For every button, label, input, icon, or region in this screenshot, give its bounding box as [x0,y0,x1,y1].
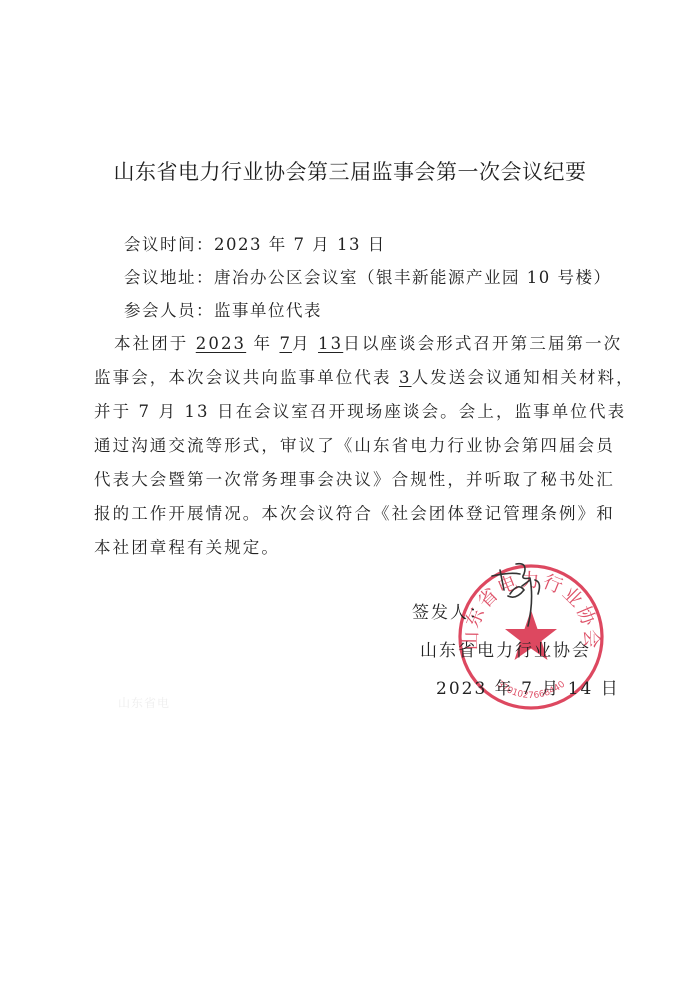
text-span: 月 [292,334,318,353]
meeting-place-label: 会议地址： [124,268,214,287]
body-line-1: 本社团于 2023 年 7月 13日以座谈会形式召开第三届第一次 [114,330,622,354]
body-line-6: 报的工作开展情况。本次会议符合《社会团体登记管理条例》和 [94,500,615,524]
underlined-month: 7 [279,334,292,353]
body-line-7: 本社团章程有关规定。 [94,534,280,558]
meeting-time: 会议时间：2023 年 7 月 13 日 [124,231,386,255]
faint-bleedthrough-text: 山东省电 [118,694,170,711]
meeting-place-value: 唐冶办公区会议室（银丰新能源产业园 10 号楼） [214,268,612,287]
underlined-year: 2023 [196,334,246,353]
text-span: 年 [246,334,279,353]
meeting-attendees-label: 参会人员： [124,301,214,320]
underlined-day: 13 [318,334,343,353]
issue-date: 2023 年 7 月 14 日 [436,674,620,699]
text-span: 日以座谈会形式召开第三届第一次 [343,334,622,353]
body-line-2: 监事会，本次会议共向监事单位代表 3人发送会议通知相关材料， [94,364,635,388]
handwritten-signature-icon [480,560,560,640]
meeting-time-label: 会议时间： [124,235,214,254]
issuer-label: 签发人： [412,598,488,623]
body-line-3: 并于 7 月 13 日在会议室召开现场座谈会。会上，监事单位代表 [94,398,626,422]
meeting-time-value: 2023 年 7 月 13 日 [214,235,386,254]
meeting-attendees: 参会人员：监事单位代表 [124,297,322,321]
meeting-place: 会议地址：唐冶办公区会议室（银丰新能源产业园 10 号楼） [124,264,612,288]
text-span: 人发送会议通知相关材料， [412,368,635,387]
text-span: 本社团于 [114,334,196,353]
text-span: 监事会，本次会议共向监事单位代表 [94,368,399,387]
body-line-4: 通过沟通交流等形式，审议了《山东省电力行业协会第四届会员 [94,432,615,456]
meeting-attendees-value: 监事单位代表 [214,301,322,320]
issuing-organization: 山东省电力行业协会 [420,636,591,661]
underlined-count: 3 [399,368,412,387]
body-line-5: 代表大会暨第一次常务理事会决议》合规性，并听取了秘书处汇 [94,466,615,490]
document-title: 山东省电力行业协会第三届监事会第一次会议纪要 [0,156,700,186]
